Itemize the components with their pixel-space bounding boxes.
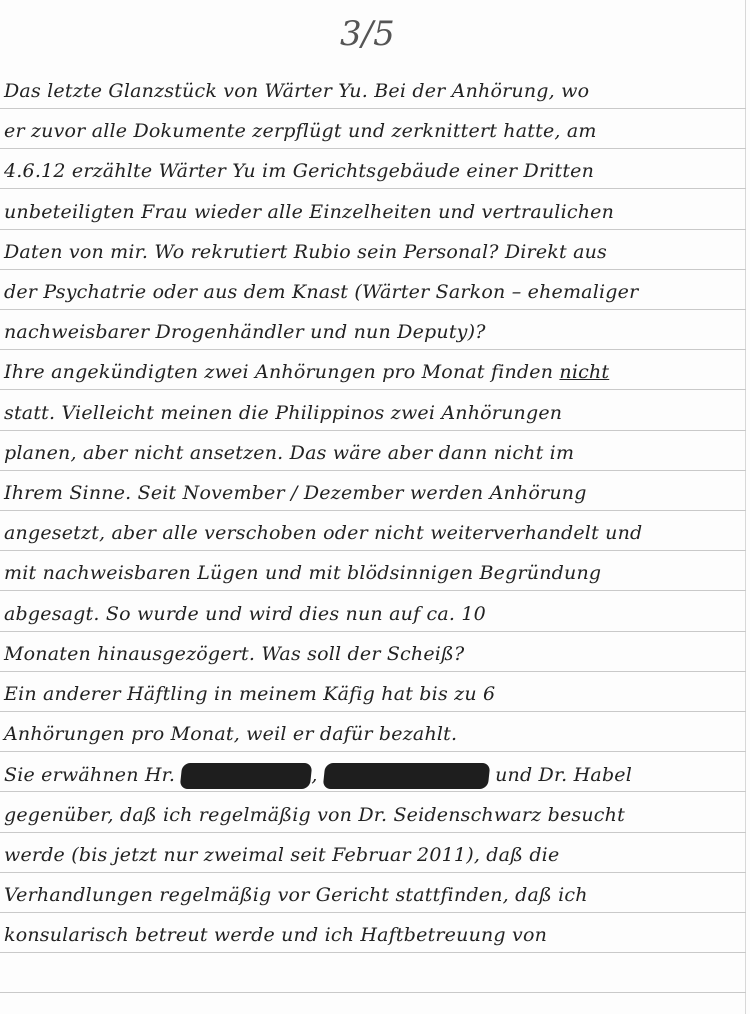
handwritten-line: statt. Vielleicht meinen die Philippinos… bbox=[4, 402, 744, 424]
handwritten-line: nachweisbarer Drogenhändler und nun Depu… bbox=[4, 321, 744, 343]
handwritten-line: planen, aber nicht ansetzen. Das wäre ab… bbox=[4, 442, 744, 464]
ruled-line bbox=[0, 188, 746, 189]
handwritten-line: Monaten hinausgezögert. Was soll der Sch… bbox=[4, 643, 744, 665]
ruled-line bbox=[0, 631, 746, 632]
handwritten-line: der Psychatrie oder aus dem Knast (Wärte… bbox=[4, 281, 744, 303]
handwritten-line: Daten von mir. Wo rekrutiert Rubio sein … bbox=[4, 241, 744, 263]
handwritten-letter-page: 3/5 Das letzte Glanzstück von Wärter Yu.… bbox=[0, 0, 750, 1014]
redacted-name bbox=[180, 763, 313, 789]
page-margin-line bbox=[745, 0, 746, 1014]
ruled-line bbox=[0, 309, 746, 310]
ruled-line bbox=[0, 832, 746, 833]
handwritten-line: 4.6.12 erzählte Wärter Yu im Gerichtsgeb… bbox=[4, 160, 744, 182]
handwritten-line: angesetzt, aber alle verschoben oder nic… bbox=[4, 522, 744, 544]
handwritten-line: Ihrem Sinne. Seit November / Dezember we… bbox=[4, 482, 744, 504]
handwritten-line: konsularisch betreut werde und ich Haftb… bbox=[4, 924, 744, 946]
ruled-line bbox=[0, 992, 746, 993]
handwritten-line: mit nachweisbaren Lügen und mit blödsinn… bbox=[4, 562, 744, 584]
ruled-line bbox=[0, 791, 746, 792]
handwritten-line: unbeteiligten Frau wieder alle Einzelhei… bbox=[4, 201, 744, 223]
handwritten-line: Sie erwähnen Hr. , und Dr. Habel bbox=[4, 763, 744, 789]
handwritten-line: Anhörungen pro Monat, weil er dafür beza… bbox=[4, 723, 744, 745]
ruled-line bbox=[0, 952, 746, 953]
ruled-line bbox=[0, 671, 746, 672]
ruled-line bbox=[0, 470, 746, 471]
ruled-line bbox=[0, 108, 746, 109]
page-number: 3/5 bbox=[340, 14, 395, 54]
ruled-line bbox=[0, 550, 746, 551]
handwritten-line: Das letzte Glanzstück von Wärter Yu. Bei… bbox=[4, 80, 744, 102]
ruled-line bbox=[0, 229, 746, 230]
ruled-line bbox=[0, 751, 746, 752]
underlined-word: nicht bbox=[559, 361, 609, 383]
ruled-line bbox=[0, 389, 746, 390]
handwritten-line: er zuvor alle Dokumente zerpflügt und ze… bbox=[4, 120, 744, 142]
ruled-line bbox=[0, 148, 746, 149]
handwritten-line: gegenüber, daß ich regelmäßig von Dr. Se… bbox=[4, 804, 744, 826]
ruled-line bbox=[0, 349, 746, 350]
ruled-line bbox=[0, 872, 746, 873]
ruled-line bbox=[0, 590, 746, 591]
ruled-line bbox=[0, 711, 746, 712]
handwritten-line: Verhandlungen regelmäßig vor Gericht sta… bbox=[4, 884, 744, 906]
ruled-line bbox=[0, 269, 746, 270]
handwritten-line: Ihre angekündigten zwei Anhörungen pro M… bbox=[4, 361, 744, 383]
handwritten-line: werde (bis jetzt nur zweimal seit Februa… bbox=[4, 844, 744, 866]
redacted-name bbox=[322, 763, 490, 789]
handwritten-line: abgesagt. So wurde und wird dies nun auf… bbox=[4, 603, 744, 625]
ruled-line bbox=[0, 510, 746, 511]
handwritten-line: Ein anderer Häftling in meinem Käfig hat… bbox=[4, 683, 744, 705]
ruled-line bbox=[0, 430, 746, 431]
ruled-line bbox=[0, 912, 746, 913]
